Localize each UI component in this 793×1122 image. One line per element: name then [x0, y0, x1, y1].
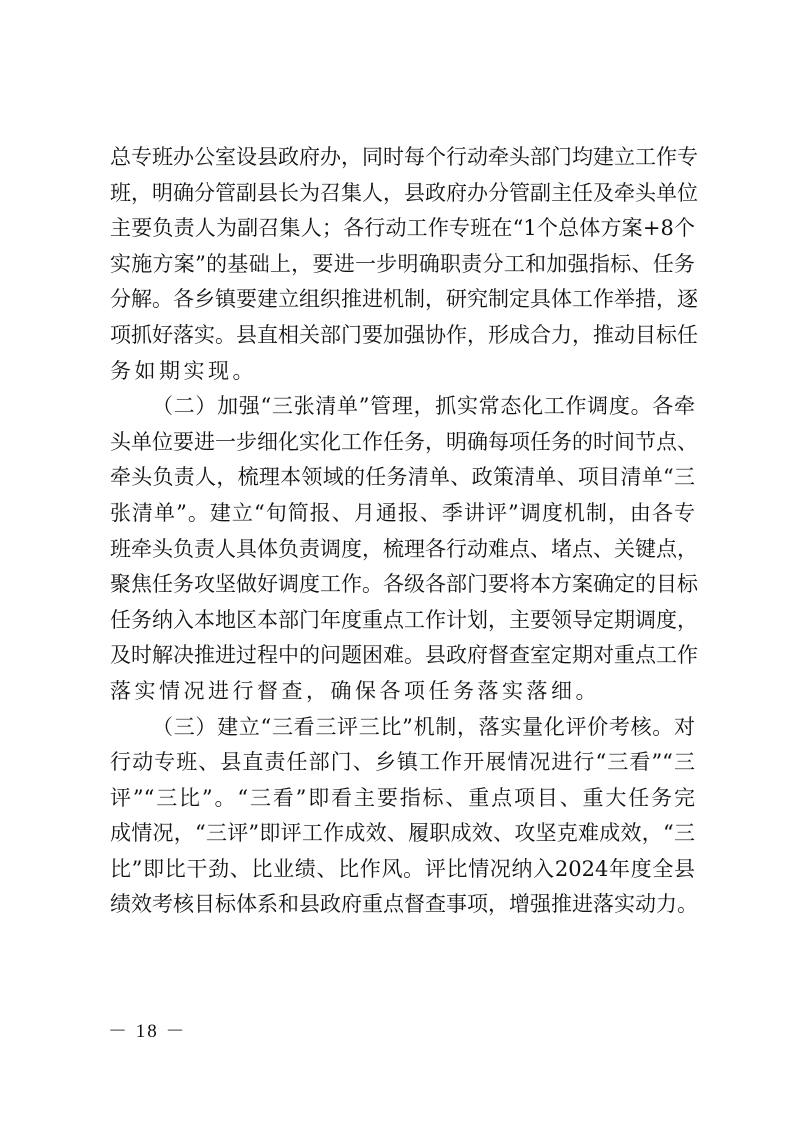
text-line: 项抓好落实。县直相关部门要加强协作，形成合力，推动目标任: [110, 318, 695, 354]
text-line: 评”“三比”。“三看”即看主要指标、重点项目、重大任务完: [110, 781, 695, 817]
text-line: 及时解决推进过程中的问题困难。县政府督查室定期对重点工作: [110, 638, 695, 674]
section-heading-3: （三）建立“三看三评三比”机制，落实量化评价考核。对: [110, 710, 695, 746]
text-line: 张清单”。建立“旬简报、月通报、季讲评”调度机制，由各专: [110, 496, 695, 532]
text-line: 实施方案”的基础上，要进一步明确职责分工和加强指标、任务: [110, 247, 695, 283]
text-line: 班牵头负责人具体负责调度，梳理各行动难点、堵点、关键点，: [110, 532, 695, 568]
page-number: － 18 －: [108, 1016, 187, 1043]
text-line: 聚焦任务攻坚做好调度工作。各级各部门要将本方案确定的目标: [110, 567, 695, 603]
text-line: 班，明确分管副县长为召集人，县政府办分管副主任及牵头单位: [110, 176, 695, 212]
text-line: 务如期实现。: [110, 354, 695, 390]
section-heading-2: （二）加强“三张清单”管理，抓实常态化工作调度。各牵: [110, 389, 695, 425]
text-line: 头单位要进一步细化实化工作任务，明确每项任务的时间节点、: [110, 425, 695, 461]
text-line: 主要负责人为副召集人；各行动工作专班在“1个总体方案+8个: [110, 211, 695, 247]
text-line: 牵头负责人，梳理本领域的任务清单、政策清单、项目清单“三: [110, 460, 695, 496]
text-line: 任务纳入本地区本部门年度重点工作计划，主要领导定期调度，: [110, 603, 695, 639]
text-line: 行动专班、县直责任部门、乡镇工作开展情况进行“三看”“三: [110, 745, 695, 781]
text-line: 绩效考核目标体系和县政府重点督查事项，增强推进落实动力。: [110, 887, 695, 923]
text-line: 成情况，“三评”即评工作成效、履职成效、攻坚克难成效，“三: [110, 816, 695, 852]
text-line: 落实情况进行督查，确保各项任务落实落细。: [110, 674, 695, 710]
body-text: 总专班办公室设县政府办，同时每个行动牵头部门均建立工作专 班，明确分管副县长为召…: [110, 140, 695, 923]
text-line: 比”即比干劲、比业绩、比作风。评比情况纳入2024年度全县: [110, 852, 695, 888]
document-page: 总专班办公室设县政府办，同时每个行动牵头部门均建立工作专 班，明确分管副县长为召…: [0, 0, 793, 1122]
text-line: 分解。各乡镇要建立组织推进机制，研究制定具体工作举措，逐: [110, 282, 695, 318]
text-line: 总专班办公室设县政府办，同时每个行动牵头部门均建立工作专: [110, 140, 695, 176]
